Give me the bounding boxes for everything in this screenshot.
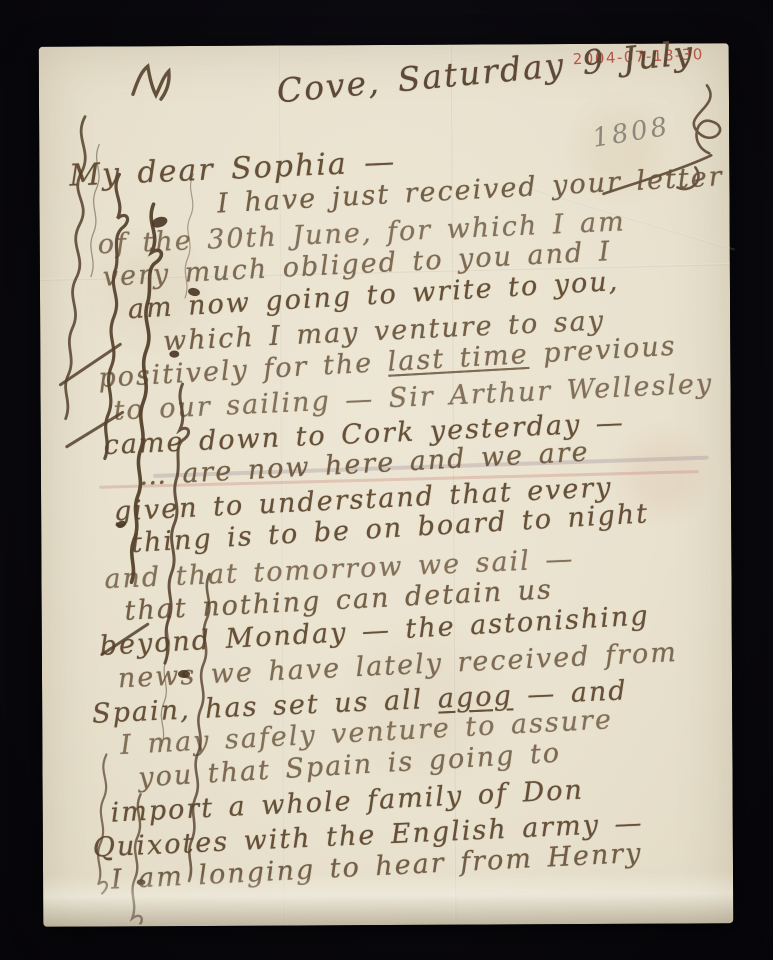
photograph-of-letter: 2004-07-18-30 1808 Cove, Saturday 9 July… [0,0,773,960]
letter-body: I have just received your letterof the 3… [67,192,731,899]
letter-paper: 2004-07-18-30 1808 Cove, Saturday 9 July… [39,43,734,927]
letter-dateline: Cove, Saturday 9 July [275,33,696,111]
pencil-year-annotation: 1808 [590,112,672,154]
